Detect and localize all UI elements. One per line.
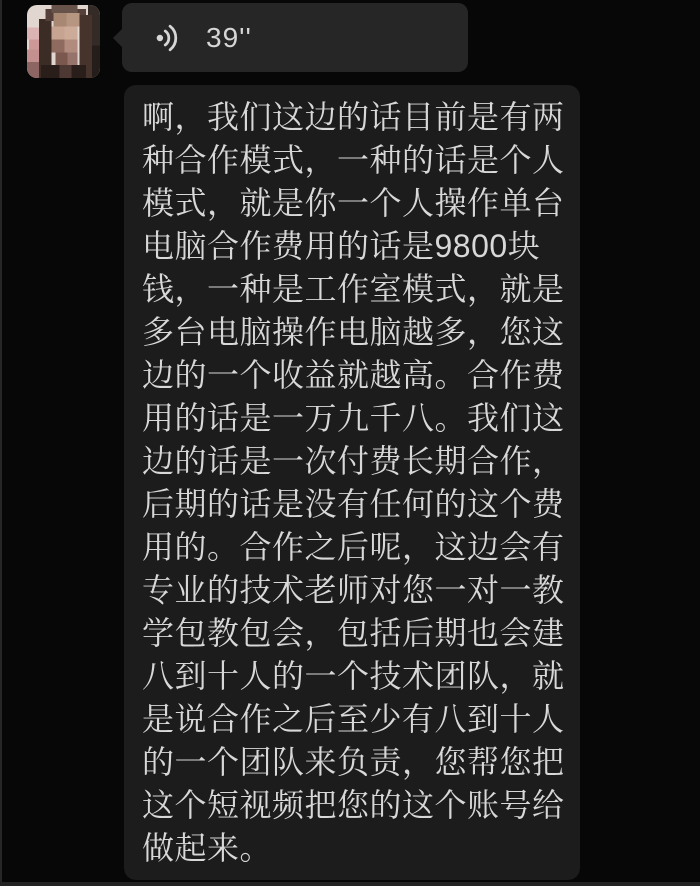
voice-speaker-icon	[154, 23, 184, 53]
pixelated-face-image	[27, 5, 100, 78]
bubble-tail	[113, 28, 123, 48]
avatar[interactable]	[27, 5, 100, 78]
screen-edge-line	[0, 0, 2, 886]
next-element-edge	[0, 882, 700, 886]
text-message-bubble[interactable]: 啊，我们这边的话目前是有两 种合作模式，一种的话是个人 模式，就是你一个人操作单…	[124, 85, 580, 880]
message-text: 啊，我们这边的话目前是有两 种合作模式，一种的话是个人 模式，就是你一个人操作单…	[142, 96, 566, 870]
voice-duration-label: 39''	[206, 22, 252, 54]
chat-screen: 39'' 啊，我们这边的话目前是有两 种合作模式，一种的话是个人 模式，就是你一…	[0, 0, 700, 886]
voice-message-bubble[interactable]: 39''	[122, 3, 468, 72]
